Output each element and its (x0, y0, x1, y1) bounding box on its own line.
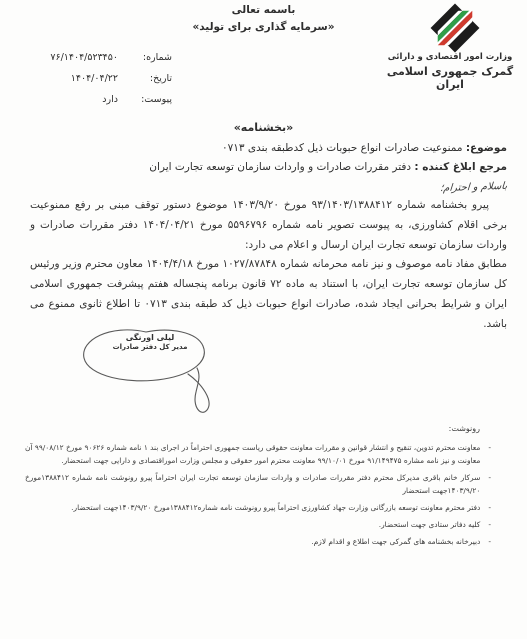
signatory-title: مدیر کل دفتر صادرات (98, 343, 202, 351)
cc-item-text: دفتر محترم معاونت توسعه بازرگانی وزارت ج… (25, 501, 480, 514)
attachment-row: پیوست: دارد (30, 92, 172, 113)
number-row: شماره: ۷۶/۱۴۰۴/۵۲۳۴۵۰ (30, 50, 172, 71)
cc-label: رونوشت: (449, 424, 480, 433)
dash-bullet: - (488, 501, 491, 514)
subject-text: ممنوعیت صادرات انواع حبوبات ذیل کدطبقه ب… (222, 142, 466, 154)
circular-title: «بخشنامه» (0, 121, 527, 134)
cc-item: - کلیه دفاتر ستادی جهت استحضار. (25, 518, 491, 531)
attachment-label: پیوست: (141, 94, 172, 105)
cc-item: - دبیرخانه بخشنامه های گمرکی جهت اطلاع و… (25, 535, 491, 548)
dash-bullet: - (488, 441, 491, 467)
dash-bullet: - (488, 518, 491, 531)
issuer-line: مرجع ابلاغ کننده : دفتر مقررات صادرات و … (25, 158, 507, 177)
subject-block: موضوع: ممنوعیت صادرات انواع حبوبات ذیل ک… (25, 139, 507, 197)
customs-logo-icon (429, 2, 481, 54)
ministry-name: وزارت امور اقتصادی و دارائی (375, 52, 525, 62)
cc-item-text: سرکار خانم باقری مدیرکل محترم دفتر مقررا… (25, 471, 480, 497)
date-value: ۱۴۰۴/۰۴/۲۲ (30, 73, 118, 84)
cc-item: - معاونت محترم تدوین، تنقیح و انتشار قوا… (25, 441, 491, 467)
dash-bullet: - (488, 535, 491, 548)
number-label: شماره: (143, 52, 172, 63)
cc-list: - معاونت محترم تدوین، تنقیح و انتشار قوا… (25, 441, 491, 552)
cc-item-text: معاونت محترم تدوین، تنقیح و انتشار قوانی… (25, 441, 480, 467)
scanned-circular-document: باسمه تعالی «سرمایه گذاری برای تولید» وز… (0, 0, 527, 639)
customs-org-name: گمرک جمهوری اسلامی ایران (375, 65, 525, 91)
number-value: ۷۶/۱۴۰۴/۵۲۳۴۵۰ (30, 52, 118, 63)
letter-meta-fields: شماره: ۷۶/۱۴۰۴/۵۲۳۴۵۰ تاریخ: ۱۴۰۴/۰۴/۲۲ … (30, 50, 172, 113)
cc-item: - سرکار خانم باقری مدیرکل محترم دفتر مقر… (25, 471, 491, 497)
subject-label: موضوع: (466, 142, 507, 154)
dash-bullet: - (488, 471, 491, 497)
signature-block: لیلی اورنگی مدیر کل دفتر صادرات (68, 318, 220, 418)
body-paragraph-1: پیرو بخشنامه شماره ۹۳/۱۴۰۳/۱۳۸۸۴۱۲ مورخ … (30, 195, 507, 255)
letterhead-org: وزارت امور اقتصادی و دارائی گمرک جمهوری … (375, 52, 525, 91)
cc-item-text: دبیرخانه بخشنامه های گمرکی جهت اطلاع و ا… (25, 535, 480, 548)
date-label: تاریخ: (150, 73, 172, 84)
cc-item-text: کلیه دفاتر ستادی جهت استحضار. (25, 518, 480, 531)
date-row: تاریخ: ۱۴۰۴/۰۴/۲۲ (30, 71, 172, 92)
salutation-line: باسلام و احترام؛ (25, 177, 507, 197)
signatory-name: لیلی اورنگی (98, 333, 202, 342)
signatory: لیلی اورنگی مدیر کل دفتر صادرات (98, 333, 202, 351)
attachment-value: دارد (30, 94, 118, 105)
cc-item: - دفتر محترم معاونت توسعه بازرگانی وزارت… (25, 501, 491, 514)
issuer-text: دفتر مقررات صادرات و واردات سازمان توسعه… (149, 161, 414, 173)
issuer-label: مرجع ابلاغ کننده : (414, 161, 507, 173)
subject-line: موضوع: ممنوعیت صادرات انواع حبوبات ذیل ک… (25, 139, 507, 158)
